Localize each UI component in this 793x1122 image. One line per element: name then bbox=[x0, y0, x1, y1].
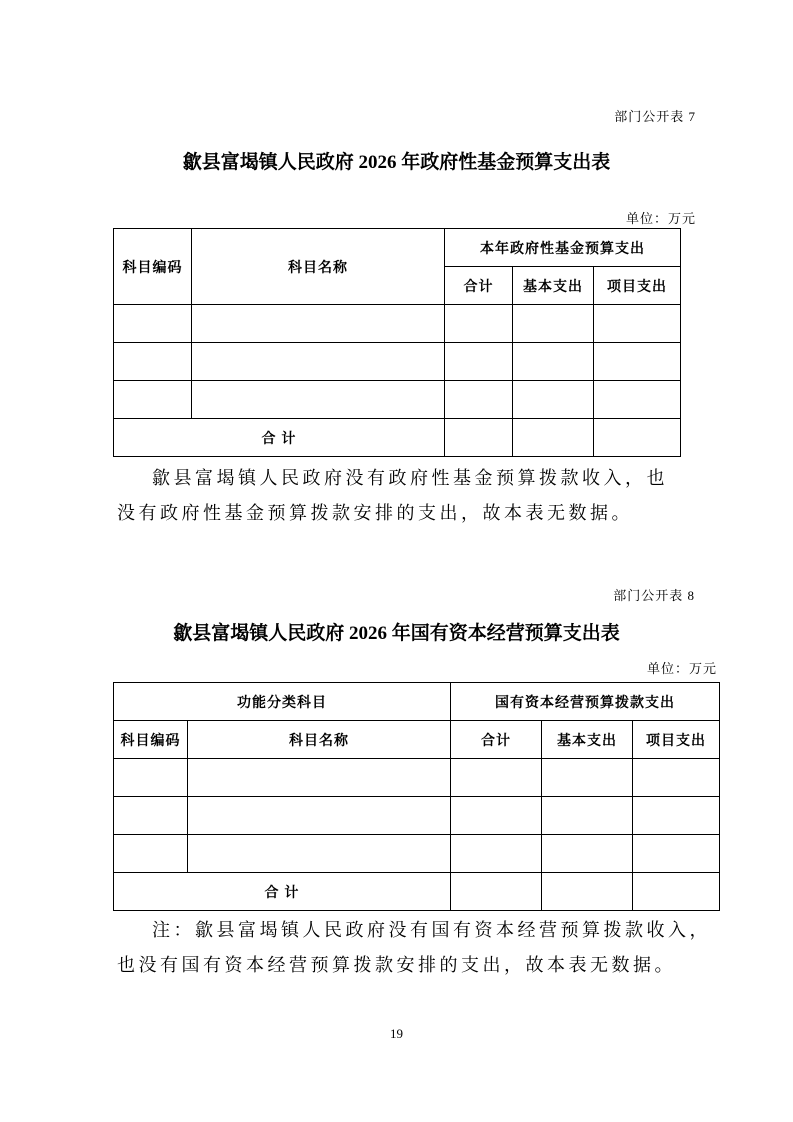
table7-note-paragraph: 歙县富堨镇人民政府没有政府性基金预算拨款收入，也没有政府性基金预算拨款安排的支出… bbox=[117, 461, 682, 531]
empty-cell bbox=[188, 797, 451, 835]
empty-cell bbox=[192, 343, 445, 381]
empty-cell bbox=[542, 797, 633, 835]
empty-cell bbox=[445, 343, 513, 381]
empty-cell bbox=[451, 797, 542, 835]
total-row-total-value bbox=[445, 419, 513, 457]
header-group-function-class: 功能分类科目 bbox=[114, 683, 451, 721]
header-subject-code: 科目编码 bbox=[114, 229, 192, 305]
empty-cell bbox=[594, 305, 681, 343]
state-capital-budget-table: 功能分类科目 国有资本经营预算拨款支出 科目编码 科目名称 合计 基本支出 项目… bbox=[113, 682, 720, 911]
total-row-label: 合 计 bbox=[114, 873, 451, 911]
table-row bbox=[114, 835, 720, 873]
empty-cell bbox=[633, 835, 720, 873]
table-row bbox=[114, 343, 681, 381]
header-subject-name: 科目名称 bbox=[188, 721, 451, 759]
table7-header-row-1: 科目编码 科目名称 本年政府性基金预算支出 bbox=[114, 229, 681, 267]
table8-header-row-2: 科目编码 科目名称 合计 基本支出 项目支出 bbox=[114, 721, 720, 759]
empty-cell bbox=[114, 305, 192, 343]
header-basic-expense: 基本支出 bbox=[542, 721, 633, 759]
header-subject-code: 科目编码 bbox=[114, 721, 188, 759]
table7-total-row: 合 计 bbox=[114, 419, 681, 457]
document-page: 部门公开表 7 歙县富堨镇人民政府 2026 年政府性基金预算支出表 单位：万元… bbox=[0, 0, 793, 1122]
empty-cell bbox=[513, 305, 594, 343]
empty-cell bbox=[114, 759, 188, 797]
empty-cell bbox=[114, 343, 192, 381]
empty-cell bbox=[513, 381, 594, 419]
header-basic-expense: 基本支出 bbox=[513, 267, 594, 305]
empty-cell bbox=[451, 759, 542, 797]
empty-cell bbox=[114, 381, 192, 419]
header-total: 合计 bbox=[451, 721, 542, 759]
empty-cell bbox=[445, 381, 513, 419]
total-row-project-value bbox=[594, 419, 681, 457]
table7-tag: 部门公开表 7 bbox=[614, 106, 696, 125]
header-group-gov-fund: 本年政府性基金预算支出 bbox=[445, 229, 681, 267]
empty-cell bbox=[188, 835, 451, 873]
page-number: 19 bbox=[0, 1026, 793, 1042]
empty-cell bbox=[188, 759, 451, 797]
total-row-label: 合 计 bbox=[114, 419, 445, 457]
empty-cell bbox=[192, 305, 445, 343]
header-total: 合计 bbox=[445, 267, 513, 305]
table8-note-paragraph: 注：歙县富堨镇人民政府没有国有资本经营预算拨款收入，也没有国有资本经营预算拨款安… bbox=[117, 913, 717, 983]
empty-cell bbox=[633, 797, 720, 835]
header-project-expense: 项目支出 bbox=[594, 267, 681, 305]
total-row-basic-value bbox=[542, 873, 633, 911]
empty-cell bbox=[594, 381, 681, 419]
empty-cell bbox=[633, 759, 720, 797]
empty-cell bbox=[513, 343, 594, 381]
header-subject-name: 科目名称 bbox=[192, 229, 445, 305]
empty-cell bbox=[594, 343, 681, 381]
empty-cell bbox=[114, 797, 188, 835]
table8-unit-label: 单位：万元 bbox=[647, 658, 717, 677]
table8-tag: 部门公开表 8 bbox=[613, 585, 695, 604]
table7-unit-label: 单位：万元 bbox=[626, 208, 696, 227]
empty-cell bbox=[114, 835, 188, 873]
table8-total-row: 合 计 bbox=[114, 873, 720, 911]
empty-cell bbox=[542, 835, 633, 873]
header-project-expense: 项目支出 bbox=[633, 721, 720, 759]
table8-header-row-1: 功能分类科目 国有资本经营预算拨款支出 bbox=[114, 683, 720, 721]
table-row bbox=[114, 797, 720, 835]
empty-cell bbox=[451, 835, 542, 873]
table-row bbox=[114, 759, 720, 797]
empty-cell bbox=[542, 759, 633, 797]
table-row bbox=[114, 381, 681, 419]
table8-title: 歙县富堨镇人民政府 2026 年国有资本经营预算支出表 bbox=[0, 618, 793, 645]
total-row-basic-value bbox=[513, 419, 594, 457]
header-group-state-capital: 国有资本经营预算拨款支出 bbox=[451, 683, 720, 721]
total-row-project-value bbox=[633, 873, 720, 911]
total-row-total-value bbox=[451, 873, 542, 911]
table7-title: 歙县富堨镇人民政府 2026 年政府性基金预算支出表 bbox=[0, 147, 793, 174]
empty-cell bbox=[445, 305, 513, 343]
table-row bbox=[114, 305, 681, 343]
empty-cell bbox=[192, 381, 445, 419]
gov-fund-budget-table: 科目编码 科目名称 本年政府性基金预算支出 合计 基本支出 项目支出 合 计 bbox=[113, 228, 681, 457]
